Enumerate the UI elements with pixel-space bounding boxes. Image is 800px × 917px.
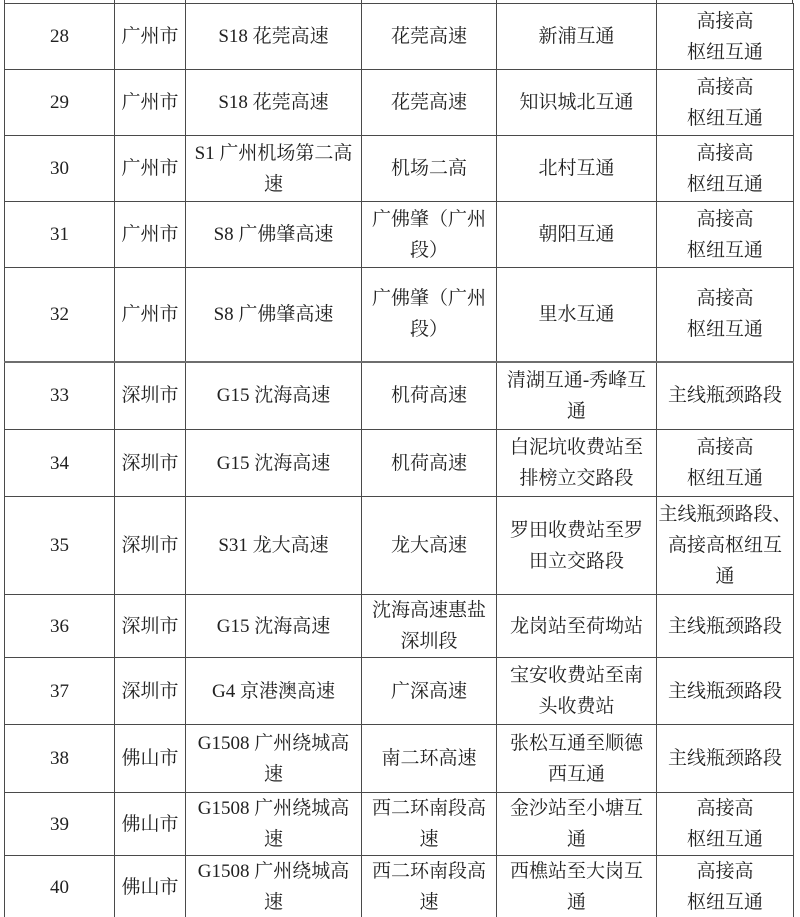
cell-section: 朝阳互通: [497, 202, 657, 268]
table-row: 35 深圳市 S31 龙大高速 龙大高速 罗田收费站至罗 田立交路段 主线瓶颈路…: [5, 497, 794, 595]
cell-congestion-type: 高接高 枢纽互通: [657, 430, 794, 497]
cell-road-alias: 西二环南段高 速: [362, 856, 497, 917]
cell-city: 深圳市: [115, 430, 186, 497]
cell-section: 新浦互通: [497, 4, 657, 70]
cell-row-number: 30: [5, 136, 115, 202]
cell-route-name: G15 沈海高速: [186, 362, 362, 430]
document-page: 28 广州市 S18 花莞高速 花莞高速 新浦互通 高接高 枢纽互通 29 广州…: [0, 0, 800, 917]
cell-city: 广州市: [115, 70, 186, 136]
cell-row-number: 40: [5, 856, 115, 917]
cell-road-alias: 机场二高: [362, 136, 497, 202]
cell-road-alias: 机荷高速: [362, 430, 497, 497]
cell-section: 清湖互通-秀峰互 通: [497, 362, 657, 430]
cell-city: 佛山市: [115, 856, 186, 917]
cell-road-alias: 机荷高速: [362, 362, 497, 430]
cell-city: 深圳市: [115, 595, 186, 658]
cell-congestion-type: 高接高 枢纽互通: [657, 70, 794, 136]
cell-row-number: 32: [5, 268, 115, 362]
cell-section: 罗田收费站至罗 田立交路段: [497, 497, 657, 595]
cell-row-number: 37: [5, 658, 115, 725]
cell-route-name: S18 花莞高速: [186, 70, 362, 136]
cell-congestion-type: 高接高 枢纽互通: [657, 4, 794, 70]
cell-row-number: 29: [5, 70, 115, 136]
cell-city: 佛山市: [115, 793, 186, 856]
congested-sections-table: 28 广州市 S18 花莞高速 花莞高速 新浦互通 高接高 枢纽互通 29 广州…: [4, 3, 794, 917]
cell-row-number: 28: [5, 4, 115, 70]
table-row: 32 广州市 S8 广佛肇高速 广佛肇（广州 段） 里水互通 高接高 枢纽互通: [5, 268, 794, 362]
table-row: 29 广州市 S18 花莞高速 花莞高速 知识城北互通 高接高 枢纽互通: [5, 70, 794, 136]
cell-road-alias: 西二环南段高 速: [362, 793, 497, 856]
cell-section: 知识城北互通: [497, 70, 657, 136]
cell-route-name: S18 花莞高速: [186, 4, 362, 70]
cell-row-number: 34: [5, 430, 115, 497]
cell-route-name: G15 沈海高速: [186, 430, 362, 497]
cell-city: 佛山市: [115, 725, 186, 793]
cell-city: 深圳市: [115, 658, 186, 725]
cell-route-name: S31 龙大高速: [186, 497, 362, 595]
cell-route-name: G15 沈海高速: [186, 595, 362, 658]
cell-route-name: G1508 广州绕城高 速: [186, 793, 362, 856]
table-row: 28 广州市 S18 花莞高速 花莞高速 新浦互通 高接高 枢纽互通: [5, 4, 794, 70]
cell-city: 广州市: [115, 4, 186, 70]
cell-road-alias: 龙大高速: [362, 497, 497, 595]
cell-road-alias: 广佛肇（广州 段）: [362, 202, 497, 268]
cell-city: 深圳市: [115, 497, 186, 595]
cell-route-name: S8 广佛肇高速: [186, 268, 362, 362]
table-row: 34 深圳市 G15 沈海高速 机荷高速 白泥坑收费站至 排榜立交路段 高接高 …: [5, 430, 794, 497]
table-row: 38 佛山市 G1508 广州绕城高 速 南二环高速 张松互通至顺德 西互通 主…: [5, 725, 794, 793]
cell-city: 广州市: [115, 268, 186, 362]
cell-row-number: 38: [5, 725, 115, 793]
cell-congestion-type: 主线瓶颈路段: [657, 658, 794, 725]
cell-row-number: 39: [5, 793, 115, 856]
cell-route-name: G1508 广州绕城高 速: [186, 856, 362, 917]
cell-congestion-type: 主线瓶颈路段: [657, 362, 794, 430]
cell-section: 北村互通: [497, 136, 657, 202]
cell-row-number: 36: [5, 595, 115, 658]
cell-congestion-type: 高接高 枢纽互通: [657, 793, 794, 856]
cell-city: 广州市: [115, 136, 186, 202]
table-row: 33 深圳市 G15 沈海高速 机荷高速 清湖互通-秀峰互 通 主线瓶颈路段: [5, 362, 794, 430]
cell-congestion-type: 主线瓶颈路段、 高接高枢纽互 通: [657, 497, 794, 595]
cell-route-name: S1 广州机场第二高 速: [186, 136, 362, 202]
cell-congestion-type: 主线瓶颈路段: [657, 725, 794, 793]
cell-road-alias: 广佛肇（广州 段）: [362, 268, 497, 362]
cell-congestion-type: 高接高 枢纽互通: [657, 856, 794, 917]
cell-road-alias: 广深高速: [362, 658, 497, 725]
table-row: 36 深圳市 G15 沈海高速 沈海高速惠盐 深圳段 龙岗站至荷坳站 主线瓶颈路…: [5, 595, 794, 658]
cell-road-alias: 花莞高速: [362, 4, 497, 70]
cell-section: 龙岗站至荷坳站: [497, 595, 657, 658]
cell-section: 里水互通: [497, 268, 657, 362]
cell-congestion-type: 主线瓶颈路段: [657, 595, 794, 658]
cell-road-alias: 花莞高速: [362, 70, 497, 136]
cell-row-number: 33: [5, 362, 115, 430]
cell-congestion-type: 高接高 枢纽互通: [657, 202, 794, 268]
table-row: 31 广州市 S8 广佛肇高速 广佛肇（广州 段） 朝阳互通 高接高 枢纽互通: [5, 202, 794, 268]
cell-route-name: G4 京港澳高速: [186, 658, 362, 725]
cell-route-name: S8 广佛肇高速: [186, 202, 362, 268]
table-row: 40 佛山市 G1508 广州绕城高 速 西二环南段高 速 西樵站至大岗互 通 …: [5, 856, 794, 917]
cell-road-alias: 南二环高速: [362, 725, 497, 793]
cell-congestion-type: 高接高 枢纽互通: [657, 136, 794, 202]
table-body: 28 广州市 S18 花莞高速 花莞高速 新浦互通 高接高 枢纽互通 29 广州…: [5, 4, 794, 917]
cell-city: 深圳市: [115, 362, 186, 430]
cell-city: 广州市: [115, 202, 186, 268]
cell-section: 白泥坑收费站至 排榜立交路段: [497, 430, 657, 497]
cell-row-number: 35: [5, 497, 115, 595]
cell-route-name: G1508 广州绕城高 速: [186, 725, 362, 793]
cell-road-alias: 沈海高速惠盐 深圳段: [362, 595, 497, 658]
table-row: 37 深圳市 G4 京港澳高速 广深高速 宝安收费站至南 头收费站 主线瓶颈路段: [5, 658, 794, 725]
cell-congestion-type: 高接高 枢纽互通: [657, 268, 794, 362]
table-row: 39 佛山市 G1508 广州绕城高 速 西二环南段高 速 金沙站至小塘互 通 …: [5, 793, 794, 856]
cell-section: 张松互通至顺德 西互通: [497, 725, 657, 793]
table-row: 30 广州市 S1 广州机场第二高 速 机场二高 北村互通 高接高 枢纽互通: [5, 136, 794, 202]
cell-section: 宝安收费站至南 头收费站: [497, 658, 657, 725]
cell-section: 西樵站至大岗互 通: [497, 856, 657, 917]
cell-section: 金沙站至小塘互 通: [497, 793, 657, 856]
cell-row-number: 31: [5, 202, 115, 268]
